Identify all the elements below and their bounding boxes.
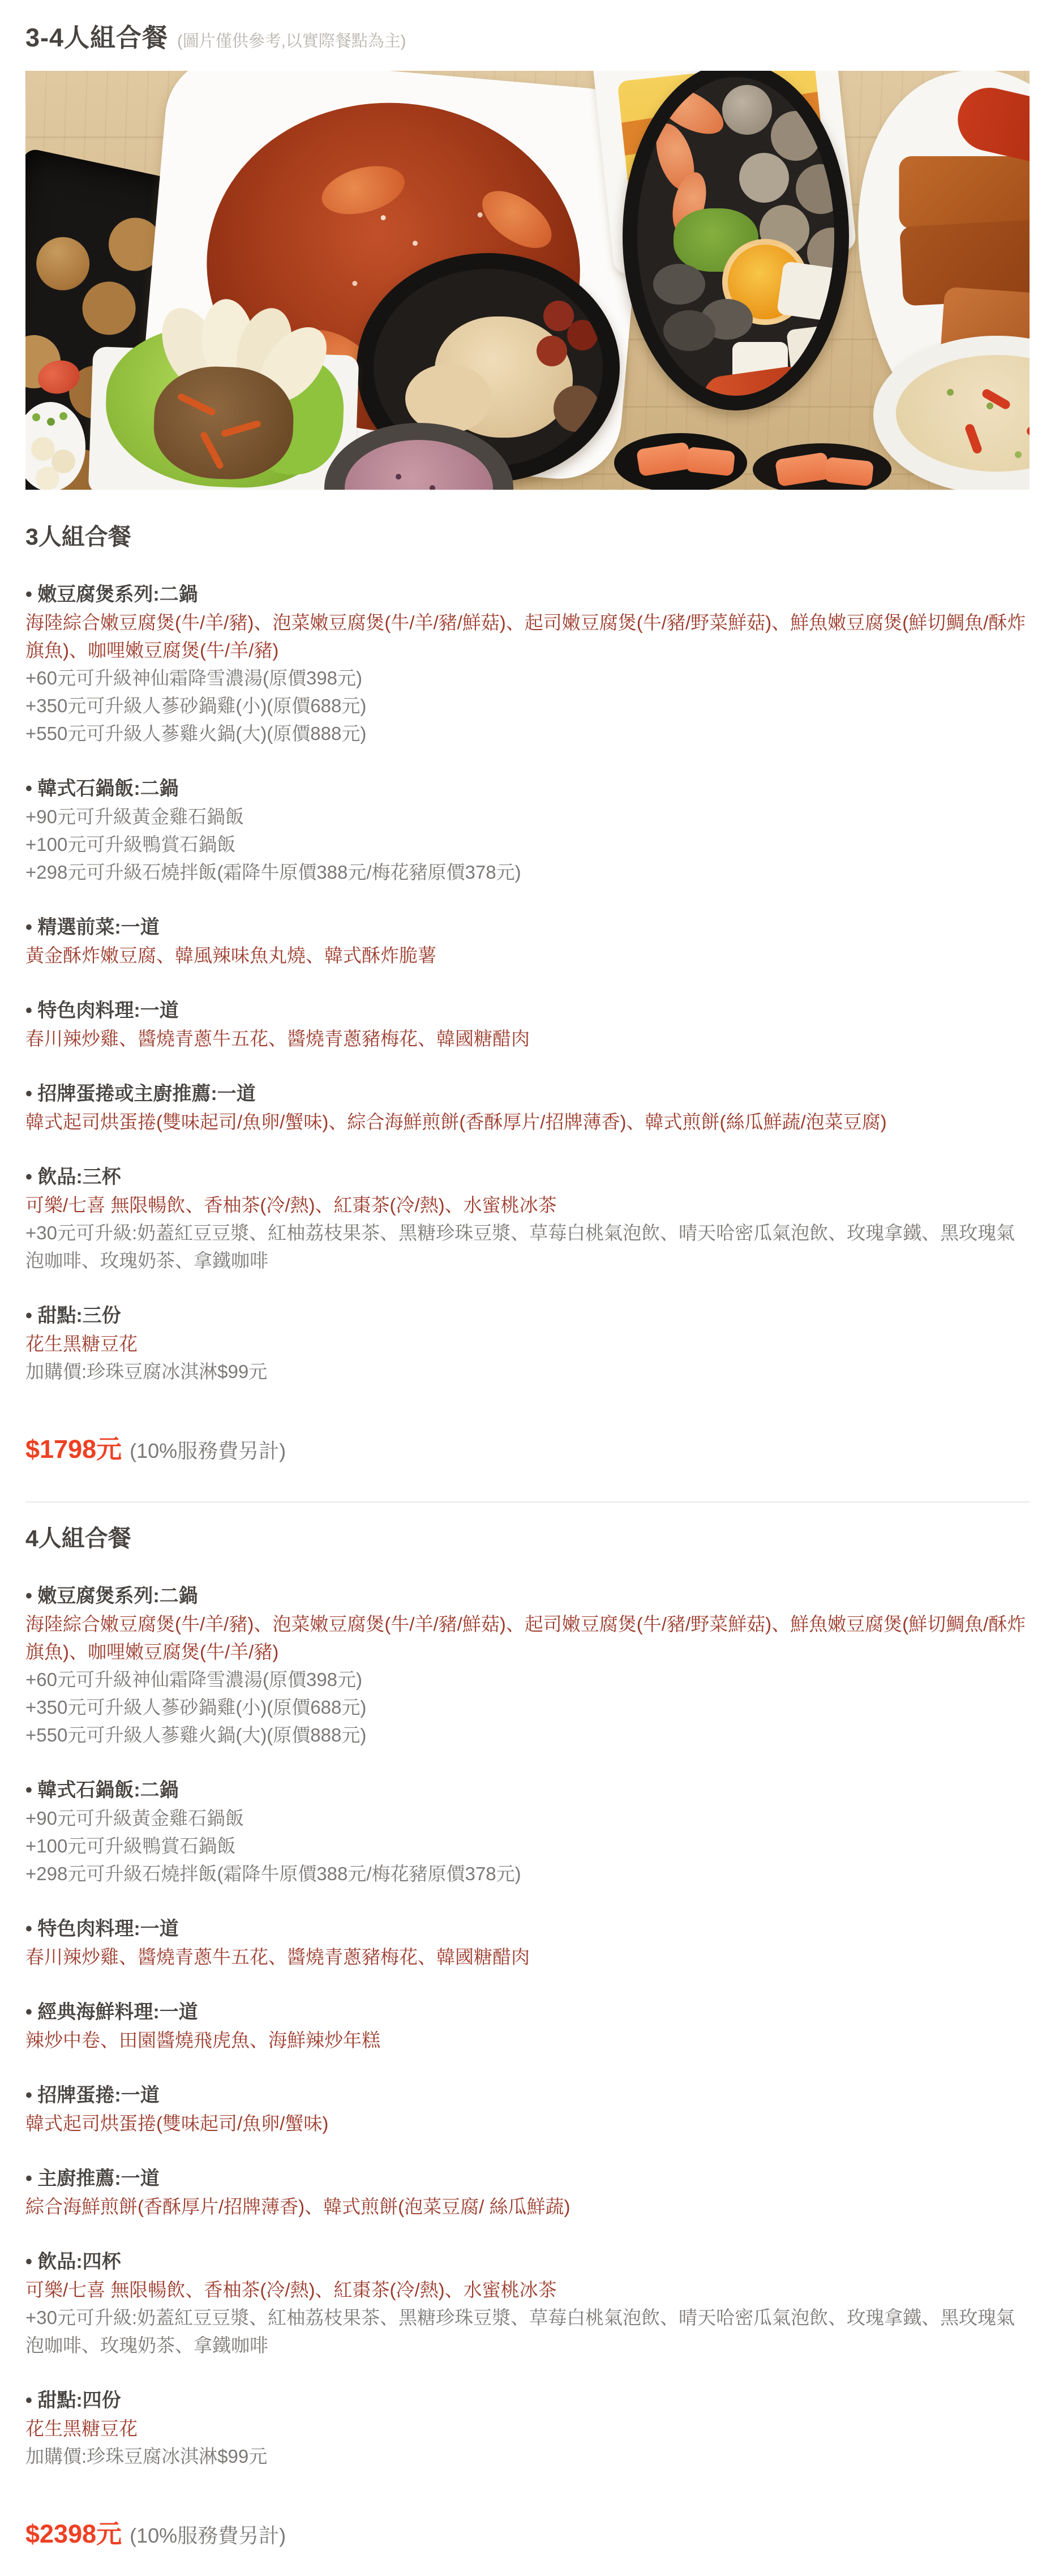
group-heading: • 經典海鮮料理:一道 — [25, 1999, 1030, 2026]
purple-rice — [345, 440, 493, 490]
combo-price-row: $2398元 (10%服務費另計) — [25, 2513, 1030, 2550]
group-heading: • 嫩豆腐煲系列:二鍋 — [25, 581, 1030, 609]
page-title: 3-4人組合餐 — [25, 17, 168, 54]
meatballs — [31, 232, 94, 295]
addon-line: 加購價:珍珠豆腐冰淇淋$99元 — [25, 1358, 1030, 1385]
pot-interior — [637, 77, 834, 396]
chili-strip — [981, 388, 1012, 411]
section-heading: 3人組合餐 — [25, 520, 1030, 553]
upgrade-line: +30元可升級:奶蓋紅豆豆漿、紅柚荔枝果茶、黑糖珍珠豆漿、草莓白桃氣泡飲、晴天哈… — [25, 1219, 1030, 1274]
upgrade-line: +90元可升級黃金雞石鍋飯 — [25, 803, 1030, 831]
menu-group-meat: • 特色肉料理:一道 春川辣炒雞、醬燒青蔥牛五花、醬燒青蔥豬梅花、韓國糖醋肉 — [25, 1915, 1030, 1971]
page-title-note: (圖片僅供參考,以實際餐點為主) — [177, 28, 406, 52]
dish-options-line: 可樂/七喜 無限暢飲、香柚茶(冷/熱)、紅棗茶(冷/熱)、水蜜桃冰茶 — [25, 2276, 1030, 2304]
group-heading: • 甜點:四份 — [25, 2387, 1030, 2415]
red-dates — [543, 301, 574, 331]
addon-line: 加購價:珍珠豆腐冰淇淋$99元 — [25, 2442, 1030, 2470]
menu-group-eggroll: • 招牌蛋捲:一道 韓式起司烘蛋捲(雙味起司/魚卵/蟹味) — [25, 2082, 1030, 2137]
dish-options-line: 綜合海鮮煎餅(香酥厚片/招牌薄香)、韓式煎餅(泡菜豆腐/ 絲瓜鮮蔬) — [25, 2193, 1030, 2220]
chili-strip — [964, 423, 983, 455]
menu-group-stone-rice: • 韓式石鍋飯:二鍋 +90元可升級黃金雞石鍋飯 +100元可升級鴨賞石鍋飯 +… — [25, 775, 1030, 886]
menu-group-chef-special: • 主廚推薦:一道 綜合海鮮煎餅(香酥厚片/招牌薄香)、韓式煎餅(泡菜豆腐/ 絲… — [25, 2165, 1030, 2220]
bulgogi-meat — [152, 365, 295, 481]
dish-options-line: 海陸綜合嫩豆腐煲(牛/羊/豬)、泡菜嫩豆腐煲(牛/羊/豬/鮮菇)、起司嫩豆腐煲(… — [25, 609, 1030, 664]
dish-options-line: 花生黑糖豆花 — [25, 2415, 1030, 2442]
oysters — [653, 264, 705, 305]
green-sprouts — [32, 413, 40, 421]
menu-group-drinks: • 飲品:四杯 可樂/七喜 無限暢飲、香柚茶(冷/熱)、紅棗茶(冷/熱)、水蜜桃… — [25, 2248, 1030, 2359]
menu-group-meat: • 特色肉料理:一道 春川辣炒雞、醬燒青蔥牛五花、醬燒青蔥豬梅花、韓國糖醋肉 — [25, 997, 1030, 1052]
dish-sashimi-side-2 — [753, 443, 891, 490]
upgrade-line: +60元可升級神仙霜降雪濃湯(原價398元) — [25, 1666, 1030, 1693]
service-fee-note: (10%服務費另計) — [130, 2520, 286, 2549]
group-heading: • 甜點:三份 — [25, 1302, 1030, 1330]
dish-seafood-tofu-pot — [623, 71, 849, 410]
dish-options-line: 春川辣炒雞、醬燒青蔥牛五花、醬燒青蔥豬梅花、韓國糖醋肉 — [25, 1943, 1030, 1971]
menu-group-eggroll-or-chef: • 招牌蛋捲或主廚推薦:一道 韓式起司烘蛋捲(雙味起司/魚卵/蟹味)、綜合海鮮煎… — [25, 1080, 1030, 1136]
group-heading: • 嫩豆腐煲系列:二鍋 — [25, 1582, 1030, 1610]
garlic-slices — [31, 437, 55, 461]
section-divider — [25, 1501, 1030, 1503]
combo-price: $2398元 — [25, 2513, 122, 2550]
group-heading: • 招牌蛋捲或主廚推薦:一道 — [25, 1080, 1030, 1108]
page-header: 3-4人組合餐 (圖片僅供參考,以實際餐點為主) — [25, 17, 1030, 54]
group-heading: • 特色肉料理:一道 — [25, 997, 1030, 1025]
upgrade-line: +298元可升級石燒拌飯(霜降牛原價388元/梅花豬原價378元) — [25, 1860, 1030, 1888]
dish-options-line: 花生黑糖豆花 — [25, 1330, 1030, 1358]
salmon-slice — [775, 452, 830, 487]
shrimp — [316, 158, 410, 222]
dish-options-line: 海陸綜合嫩豆腐煲(牛/羊/豬)、泡菜嫩豆腐煲(牛/羊/豬/鮮菇)、起司嫩豆腐煲(… — [25, 1610, 1030, 1666]
group-heading: • 韓式石鍋飯:二鍋 — [25, 775, 1030, 803]
group-heading: • 精選前菜:一道 — [25, 914, 1030, 942]
section-4-person-combo: 4人組合餐 • 嫩豆腐煲系列:二鍋 海陸綜合嫩豆腐煲(牛/羊/豬)、泡菜嫩豆腐煲… — [25, 1522, 1030, 2550]
galbi-slab — [899, 156, 1030, 229]
menu-group-drinks: • 飲品:三杯 可樂/七喜 無限暢飲、香柚茶(冷/熱)、紅棗茶(冷/熱)、水蜜桃… — [25, 1163, 1030, 1274]
upgrade-line: +60元可升級神仙霜降雪濃湯(原價398元) — [25, 664, 1030, 692]
sesame-dots — [380, 215, 386, 221]
dish-options-line: 韓式起司烘蛋捲(雙味起司/魚卵/蟹味)、綜合海鮮煎餅(香酥厚片/招牌薄香)、韓式… — [25, 1108, 1030, 1136]
shrimp — [473, 179, 561, 259]
upgrade-line: +100元可升級鴨賞石鍋飯 — [25, 1832, 1030, 1860]
group-heading: • 飲品:三杯 — [25, 1163, 1030, 1191]
salmon-slice — [685, 447, 735, 477]
upgrade-line: +90元可升級黃金雞石鍋飯 — [25, 1804, 1030, 1832]
menu-page: 3-4人組合餐 (圖片僅供參考,以實際餐點為主) — [0, 0, 1055, 2576]
group-heading: • 韓式石鍋飯:二鍋 — [25, 1777, 1030, 1804]
clams — [722, 85, 772, 135]
group-heading: • 主廚推薦:一道 — [25, 2165, 1030, 2193]
section-heading: 4人組合餐 — [25, 1522, 1030, 1555]
dish-options-line: 韓式起司烘蛋捲(雙味起司/魚卵/蟹味) — [25, 2109, 1030, 2137]
upgrade-line: +350元可升級人蔘砂鍋雞(小)(原價688元) — [25, 692, 1030, 720]
section-3-person-combo: 3人組合餐 • 嫩豆腐煲系列:二鍋 海陸綜合嫩豆腐煲(牛/羊/豬)、泡菜嫩豆腐煲… — [25, 520, 1030, 1465]
chili-strip — [1026, 418, 1030, 437]
dish-options-line: 春川辣炒雞、醬燒青蔥牛五花、醬燒青蔥豬梅花、韓國糖醋肉 — [25, 1025, 1030, 1052]
menu-group-dessert: • 甜點:三份 花生黑糖豆花 加購價:珍珠豆腐冰淇淋$99元 — [25, 1302, 1030, 1385]
combo-price-row: $1798元 (10%服務費另計) — [25, 1428, 1030, 1465]
upgrade-line: +298元可升級石燒拌飯(霜降牛原價388元/梅花豬原價378元) — [25, 858, 1030, 886]
rice-grains — [396, 474, 401, 480]
menu-group-tofu-pot: • 嫩豆腐煲系列:二鍋 海陸綜合嫩豆腐煲(牛/羊/豬)、泡菜嫩豆腐煲(牛/羊/豬… — [25, 1582, 1030, 1749]
dish-sashimi-side-1 — [614, 433, 747, 490]
dish-bulgogi-lettuce — [88, 346, 359, 490]
group-heading: • 招牌蛋捲:一道 — [25, 2082, 1030, 2109]
dish-options-line: 辣炒中卷、田園醬燒飛虎魚、海鮮辣炒年糕 — [25, 2026, 1030, 2054]
upgrade-line: +30元可升級:奶蓋紅豆豆漿、紅柚荔枝果茶、黑糖珍珠豆漿、草莓白桃氣泡飲、晴天哈… — [25, 2304, 1030, 2359]
dish-options-line: 可樂/七喜 無限暢飲、香柚茶(冷/熱)、紅棗茶(冷/熱)、水蜜桃冰茶 — [25, 1191, 1030, 1219]
tofu-cube — [777, 261, 834, 322]
mushrooms — [554, 386, 600, 432]
upgrade-line: +550元可升級人蔘雞火鍋(大)(原價888元) — [25, 720, 1030, 747]
pancake — [896, 355, 1030, 472]
group-heading: • 飲品:四杯 — [25, 2248, 1030, 2276]
dish-options-line: 黃金酥炸嫩豆腐、韓風辣味魚丸燒、韓式酥炸脆薯 — [25, 942, 1030, 969]
menu-group-dessert: • 甜點:四份 花生黑糖豆花 加購價:珍珠豆腐冰淇淋$99元 — [25, 2387, 1030, 2470]
combo-price: $1798元 — [25, 1428, 122, 1465]
menu-group-stone-rice: • 韓式石鍋飯:二鍋 +90元可升級黃金雞石鍋飯 +100元可升級鴨賞石鍋飯 +… — [25, 1777, 1030, 1888]
salmon-slice — [824, 457, 874, 487]
combo-banner-photo — [25, 71, 1030, 490]
menu-group-tofu-pot: • 嫩豆腐煲系列:二鍋 海陸綜合嫩豆腐煲(牛/羊/豬)、泡菜嫩豆腐煲(牛/羊/豬… — [25, 581, 1030, 747]
upgrade-line: +350元可升級人蔘砂鍋雞(小)(原價688元) — [25, 1693, 1030, 1721]
menu-group-appetizer: • 精選前菜:一道 黃金酥炸嫩豆腐、韓風辣味魚丸燒、韓式酥炸脆薯 — [25, 914, 1030, 969]
upgrade-line: +550元可升級人蔘雞火鍋(大)(原價888元) — [25, 1721, 1030, 1749]
salmon-slice — [636, 442, 692, 477]
service-fee-note: (10%服務費另計) — [130, 1435, 286, 1464]
menu-group-seafood: • 經典海鮮料理:一道 辣炒中卷、田園醬燒飛虎魚、海鮮辣炒年糕 — [25, 1999, 1030, 2054]
upgrade-line: +100元可升級鴨賞石鍋飯 — [25, 831, 1030, 858]
pancake-toppings — [947, 389, 954, 396]
group-heading: • 特色肉料理:一道 — [25, 1915, 1030, 1943]
